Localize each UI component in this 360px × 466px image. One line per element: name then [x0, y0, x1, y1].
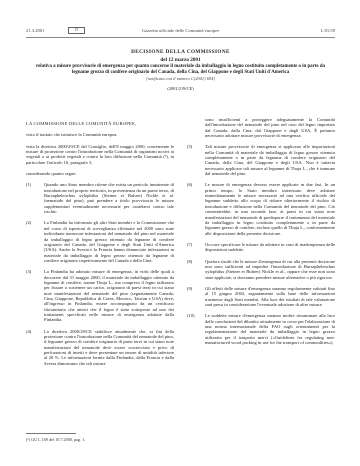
recital-7: (7) Occorre specificare le misure da ado… — [187, 242, 335, 253]
recital-number: (5) — [187, 144, 192, 149]
footnote: (¹) GU L 169 del 10.7.2000, pag. 1. — [26, 437, 85, 442]
recital-8: (8) Qualora risulti che le misure d'emer… — [187, 259, 335, 280]
left-column: LA COMMISSIONE DELLE COMUNITÀ EUROPEE, v… — [26, 121, 174, 372]
recital-10: (10) Le suddette misure d'emergenza sara… — [187, 313, 335, 345]
footnote-divider — [26, 433, 76, 434]
recital-number: (4) — [26, 329, 31, 334]
recital-text: Le misure di emergenza devono essere app… — [205, 182, 335, 235]
recital-text: Quando uno Stato membro ritiene che esis… — [44, 182, 174, 214]
recital-text: La Finlandia ha informato gli altri Stat… — [44, 220, 174, 262]
recital-number: (3) — [26, 269, 31, 274]
decision-title-block: DECISIONE DELLA COMMISSIONE del 12 marzo… — [26, 49, 335, 93]
recital-2: (2) La Finlandia ha informato gli altri … — [26, 220, 174, 263]
recital-number: (1) — [26, 182, 31, 187]
preamble-treaty: visto il trattato che istituisce la Comu… — [26, 132, 174, 137]
page-reference: L 81/39 — [321, 28, 335, 33]
decision-heading: DECISIONE DELLA COMMISSIONE — [26, 49, 335, 56]
decision-number: (2001/219/CE) — [26, 85, 335, 93]
recital-number: (7) — [187, 242, 192, 247]
preamble-whereas: considerando quanto segue: — [26, 171, 174, 176]
preamble-directive: vista la direttiva 2000/29/CE del Consig… — [26, 144, 174, 165]
recital-4-continued: sono insufficienti a proteggere adeguata… — [187, 117, 335, 138]
header-divider — [26, 37, 335, 38]
recital-5: (5) Tali misure provvisorie di emergenza… — [187, 144, 335, 176]
recital-number: (2) — [26, 220, 31, 225]
recital-text: sono insufficienti a proteggere adeguata… — [205, 117, 335, 138]
recital-text: Qualora risulti che le misure d'emergenz… — [205, 259, 335, 280]
recital-text: Gli effetti delle misure d'emergenza sar… — [205, 286, 335, 307]
decision-subject: relativa a misure provvisorie di emergen… — [26, 64, 335, 75]
recital-1: (1) Quando uno Stato membro ritiene che … — [26, 182, 174, 214]
recital-number: (9) — [187, 286, 192, 291]
recital-text: La Finlandia ha adottato misure di emerg… — [44, 269, 174, 322]
notification-number: [notificata con il numero C(2001) 694] — [26, 75, 335, 83]
recital-9: (9) Gli effetti delle misure d'emergenza… — [187, 286, 335, 307]
recital-3: (3) La Finlandia ha adottato misure di e… — [26, 269, 174, 322]
recital-number: (10) — [187, 313, 195, 318]
recital-text: Tali misure provvisorie di emergenza si … — [205, 144, 335, 176]
preamble-authority: LA COMMISSIONE DELLE COMUNITÀ EUROPEE, — [26, 121, 174, 126]
recital-4: (4) La direttiva 2000/29/CE stabilisce a… — [26, 329, 174, 366]
recital-number: (6) — [187, 182, 192, 187]
recital-number: (8) — [187, 259, 192, 264]
decision-date: del 12 marzo 2001 — [26, 56, 335, 64]
recital-text: Le suddette misure d'emergenza saranno i… — [205, 313, 335, 345]
recital-text: Occorre specificare le misure da adottar… — [205, 242, 335, 252]
recital-6: (6) Le misure di emergenza devono essere… — [187, 182, 335, 235]
right-column: sono insufficienti a proteggere adeguata… — [187, 117, 335, 351]
journal-name: Gazzetta ufficiale delle Comunità europe… — [26, 28, 335, 33]
recital-text: La direttiva 2000/29/CE stabilisce attua… — [44, 329, 174, 366]
